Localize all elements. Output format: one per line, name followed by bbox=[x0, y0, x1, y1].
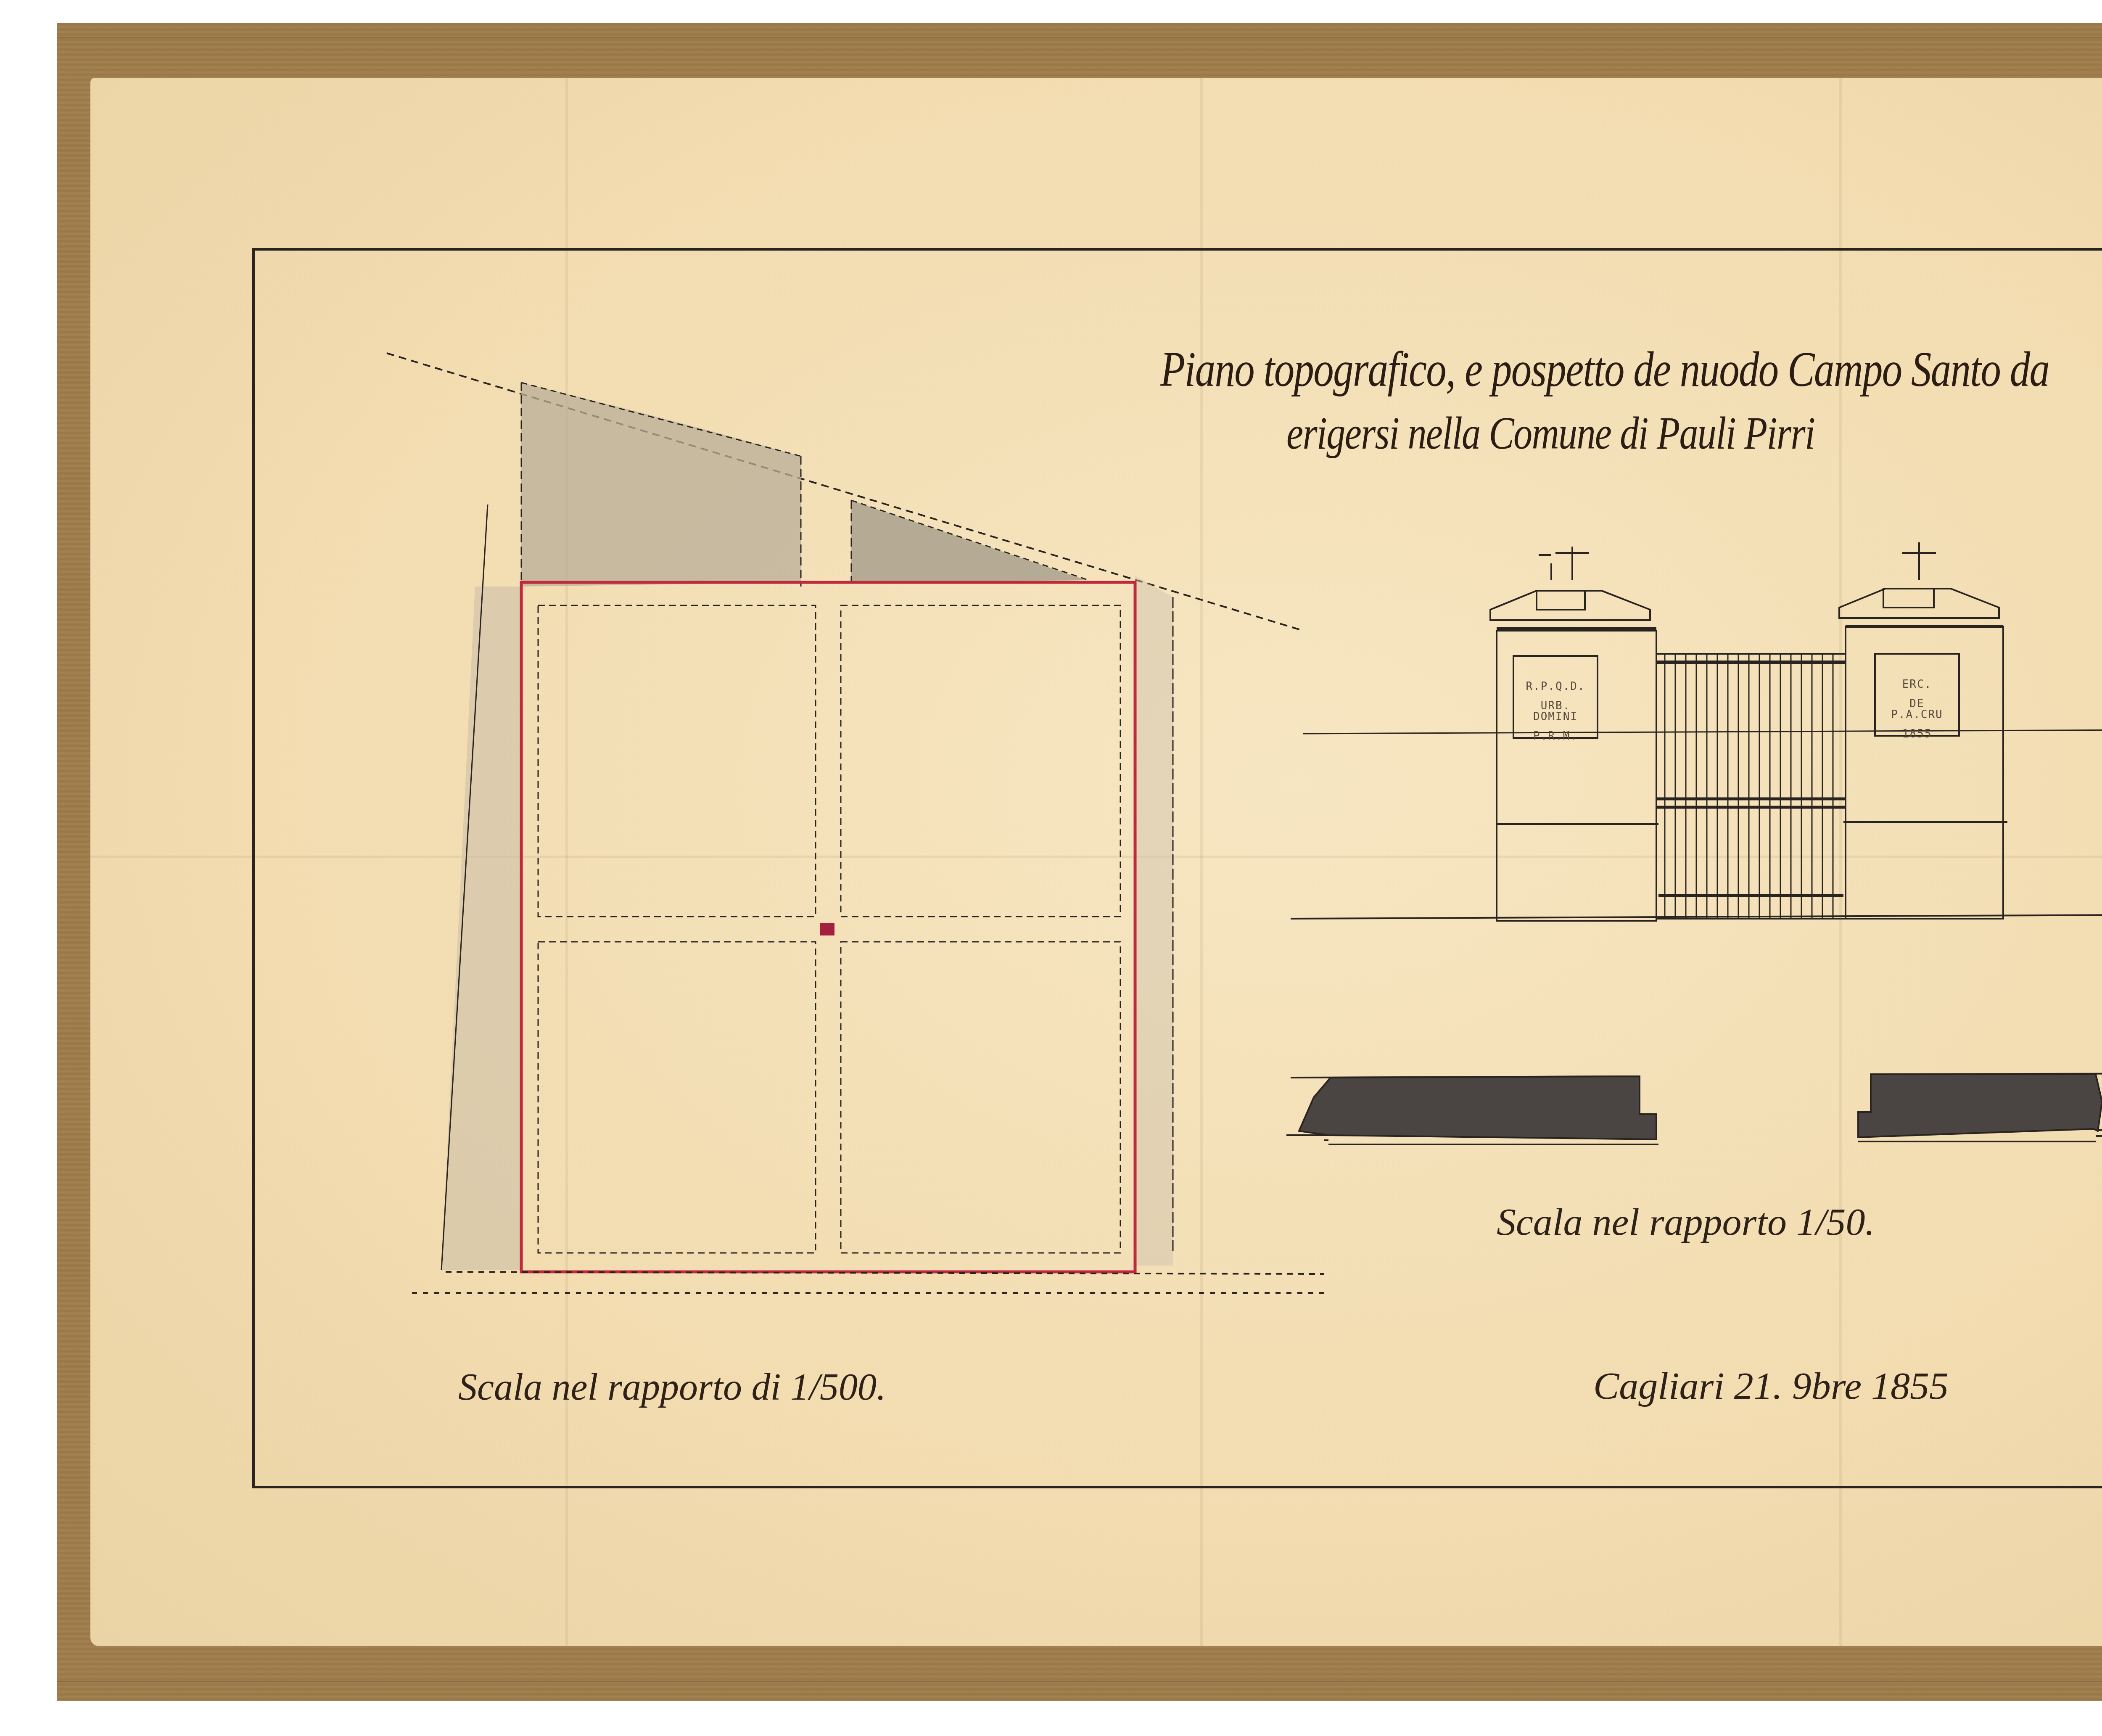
place-date: Cagliari 21. 9bre 1855 bbox=[1593, 1366, 1949, 1405]
inscription-line: DE P.A.CRU bbox=[1881, 698, 1953, 720]
inscription-line: ERC. bbox=[1881, 679, 1953, 690]
elevation-scale-label: Scala nel rapporto 1/50. bbox=[1497, 1202, 1875, 1241]
left-pillar-inscription: R.P.Q.D. URB. DOMINI P.R.M. bbox=[1520, 681, 1591, 742]
inscription-line: URB. DOMINI bbox=[1520, 700, 1591, 722]
gate-elevation bbox=[1291, 542, 2102, 921]
document-subtitle: erigersi nella Comune di Pauli Pirri bbox=[1286, 410, 1814, 456]
drawing-layer bbox=[0, 0, 2102, 1736]
pillar-sections bbox=[1286, 1073, 2102, 1144]
right-pillar-inscription: ERC. DE P.A.CRU 1855 bbox=[1881, 679, 1953, 740]
inscription-line: 1855 bbox=[1881, 729, 1953, 740]
plan-scale-label: Scala nel rapporto di 1/500. bbox=[458, 1369, 886, 1406]
site-plan bbox=[387, 345, 1324, 1293]
document-title: Piano topografico, e pospetto de nuodo C… bbox=[1160, 345, 1919, 394]
inscription-line: R.P.Q.D. bbox=[1520, 681, 1591, 692]
inscription-line: P.R.M. bbox=[1520, 731, 1591, 742]
